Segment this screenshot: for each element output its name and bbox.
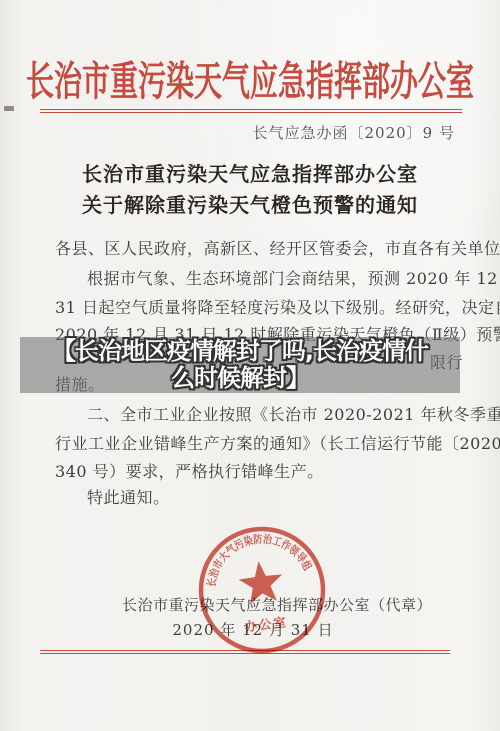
scan-artifact	[4, 106, 14, 111]
watermark-caption-overlay: 【长治地区疫情解封了吗,长治疫情什 么时候解封】	[20, 337, 460, 393]
body-line-para1-1: 根据市气象、生态环境部门会商结果，预测 2020 年 12 月	[55, 266, 463, 289]
salutation-line: 各县、区人民政府，高新区、经开区管委会，市直各有关单位：	[55, 236, 463, 259]
official-seal-graphic: 长治市大气污染防治工作领导组 办公室	[184, 512, 340, 668]
letterhead-double-rule	[40, 109, 462, 113]
document-number: 长气应急办函〔2020〕9 号	[253, 122, 456, 143]
seal-center-text: 办公室	[244, 614, 289, 634]
body-line-para2-3: 340 号）要求，严格执行错峰生产。	[55, 459, 463, 482]
official-seal: 长治市大气污染防治工作领导组 办公室	[184, 512, 340, 668]
watermark-caption-line-1: 【长治地区疫情解封了吗,长治疫情什	[52, 338, 428, 365]
scanned-official-document: 长治市重污染天气应急指挥部办公室 长气应急办函〔2020〕9 号 长治市重污染天…	[0, 0, 500, 731]
notice-title-line-2: 关于解除重污染天气橙色预警的通知	[0, 189, 500, 218]
body-line-para2-2: 行业工业企业错峰生产方案的通知》（长工信运行节能〔2020〕	[55, 431, 463, 454]
letterhead-org-name: 长治市重污染天气应急指挥部办公室	[0, 50, 500, 108]
seal-star-icon	[237, 559, 286, 606]
notice-title-line-1: 长治市重污染天气应急指挥部办公室	[0, 158, 500, 187]
body-line-para2-1: 二、全市工业企业按照《长治市 2020-2021 年秋冬季重点	[55, 402, 463, 425]
body-line-para1-2: 31 日起空气质量将降至轻度污染及以下级别。经研究，决定自	[55, 295, 463, 318]
closing-line: 特此通知。	[55, 485, 463, 508]
watermark-caption-line-2: 么时候解封】	[171, 365, 309, 392]
